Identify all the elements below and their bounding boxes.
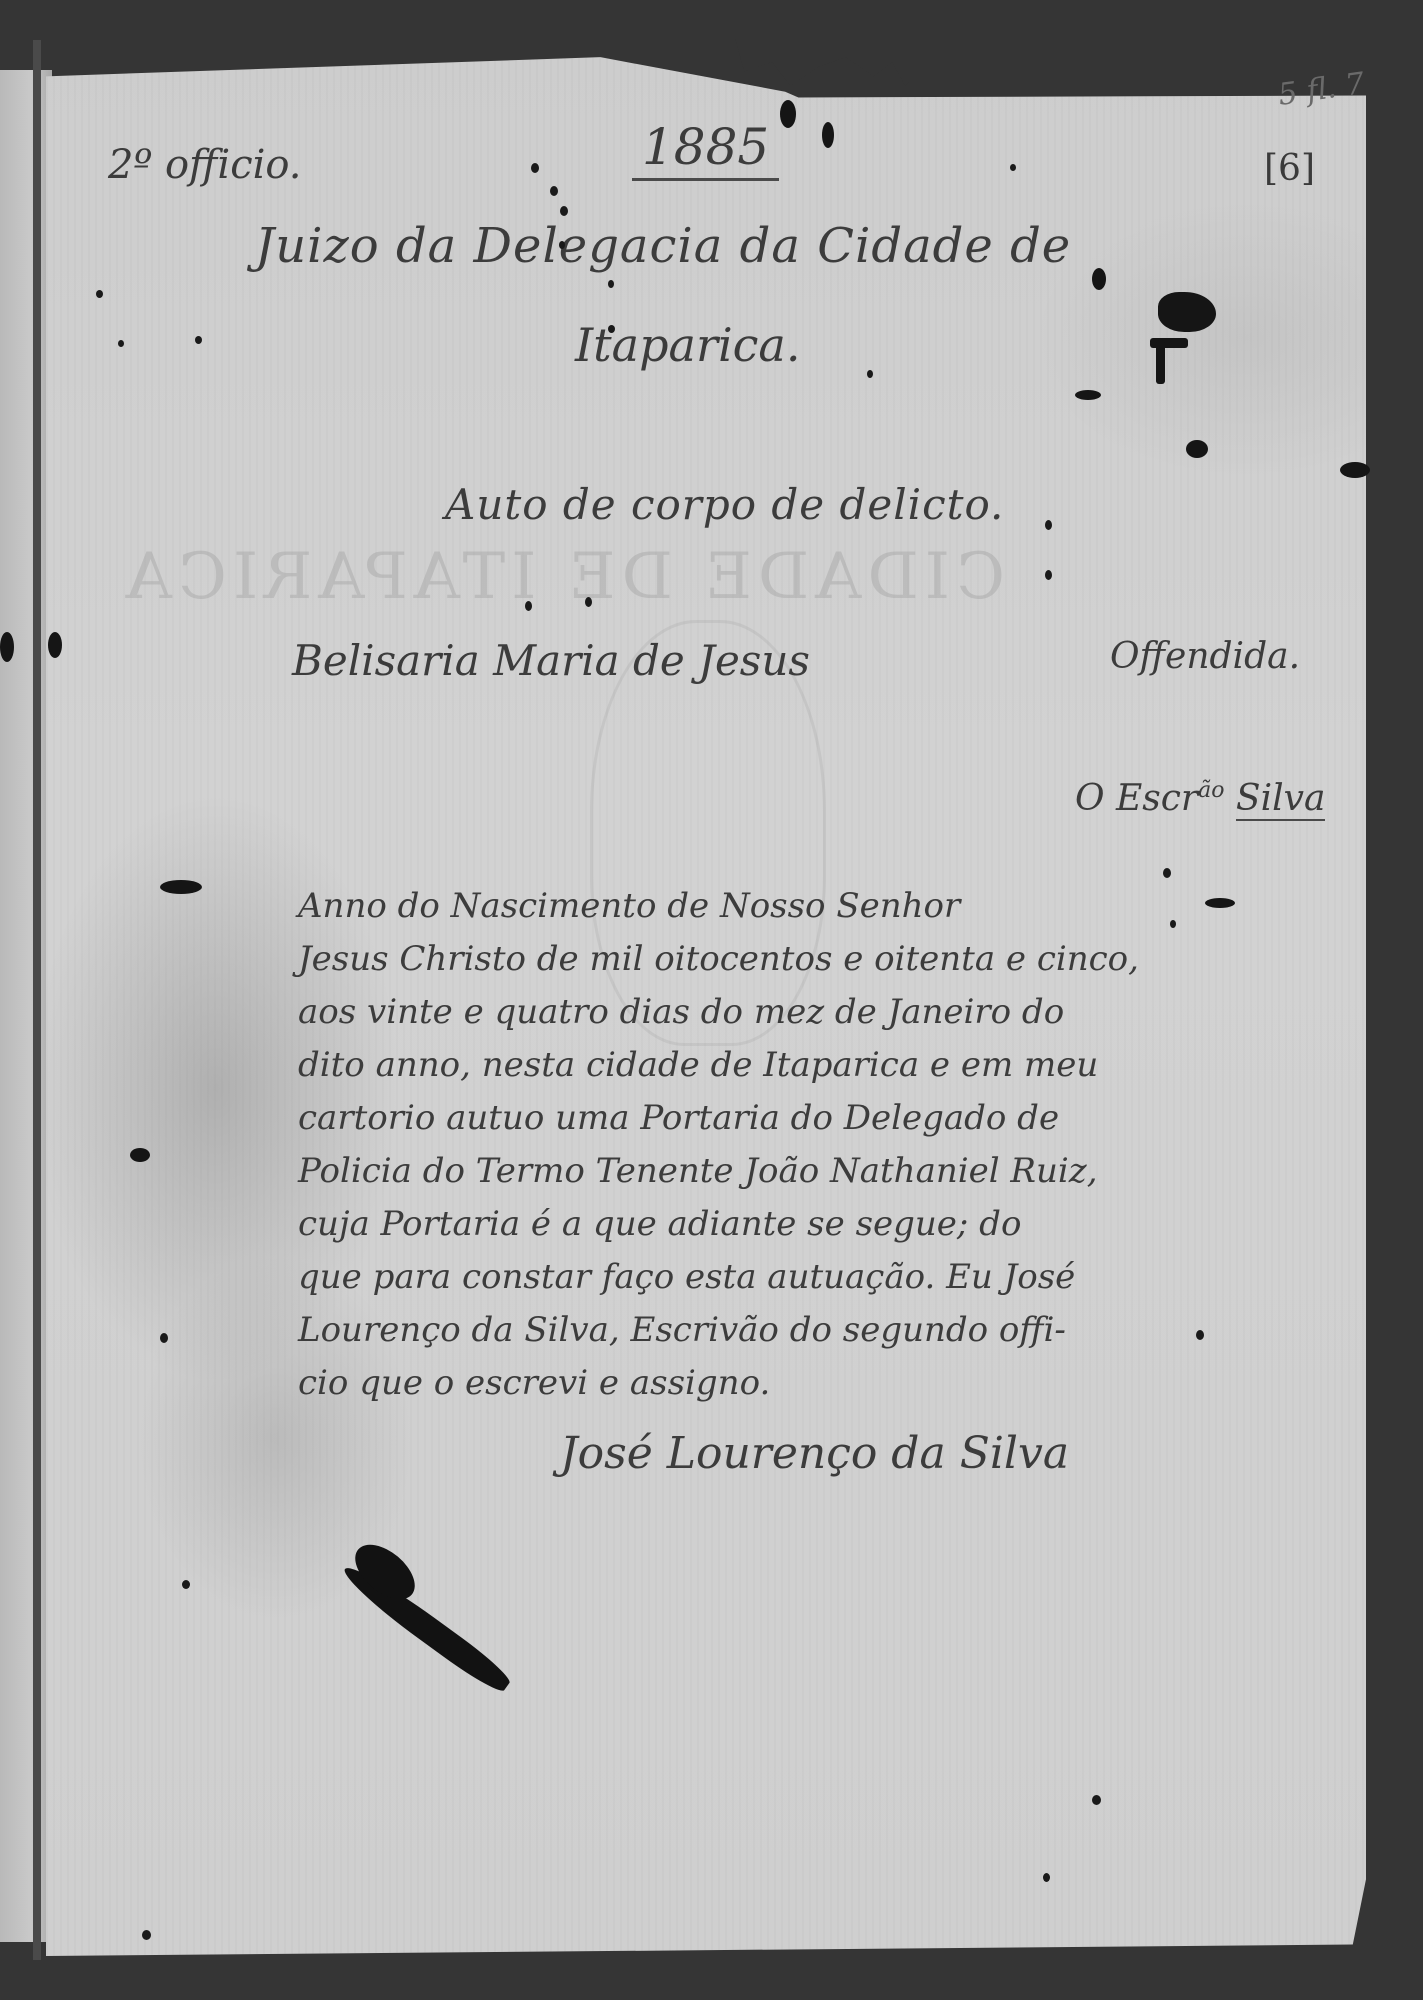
ink-dot: [1045, 520, 1052, 530]
binding-gutter: [33, 40, 41, 1960]
ink-dot: [585, 597, 592, 607]
ink-blot: [1156, 340, 1165, 384]
ink-dot: [1163, 868, 1171, 878]
ink-blot: [780, 100, 796, 128]
body-line: Lourenço da Silva, Escrivão do segundo o…: [298, 1304, 1178, 1357]
ink-dot: [195, 336, 202, 344]
ink-blot: [0, 632, 14, 662]
ink-dot: [1170, 920, 1176, 928]
ink-blot: [1340, 462, 1370, 478]
ink-blot: [822, 122, 834, 148]
previous-page-edge: [0, 70, 52, 1942]
ink-dot: [560, 206, 568, 216]
body-line: Anno do Nascimento de Nosso Senhor: [298, 880, 1178, 933]
ink-dot: [608, 325, 615, 333]
ink-dot: [160, 1333, 168, 1343]
clerk-name: Silva: [1236, 778, 1326, 821]
document-year: 1885: [632, 118, 779, 181]
ink-blot: [1205, 898, 1235, 908]
ink-dot: [867, 370, 873, 378]
body-paragraph: Anno do Nascimento de Nosso Senhor Jesus…: [298, 880, 1178, 1410]
page-number: [6]: [1264, 148, 1315, 189]
ink-blot: [1186, 440, 1208, 458]
body-line: cartorio autuo uma Portaria do Delegado …: [298, 1092, 1178, 1145]
ink-blot: [1092, 268, 1106, 290]
ink-blot: [1158, 292, 1216, 332]
ink-blot: [1075, 390, 1101, 400]
ink-blot: [160, 880, 202, 894]
ink-dot: [550, 186, 558, 196]
body-line: cuja Portaria é a que adiante se segue; …: [298, 1198, 1178, 1251]
party-name: Belisaria Maria de Jesus: [292, 636, 810, 685]
body-line: Policia do Termo Tenente João Nathaniel …: [298, 1145, 1178, 1198]
ink-dot: [96, 290, 103, 298]
ink-dot: [1010, 164, 1016, 171]
body-line: Jesus Christo de mil oitocentos e oitent…: [298, 933, 1178, 986]
ink-dot: [118, 340, 124, 347]
watermark-bleedthrough: CIDADE DE ITAPARICA: [225, 540, 1005, 620]
party-role: Offendida.: [1110, 636, 1300, 677]
ink-dot: [608, 280, 614, 288]
body-line: dito anno, nesta cidade de Itaparica e e…: [298, 1039, 1178, 1092]
ink-dot: [1092, 1795, 1101, 1805]
ink-dot: [182, 1580, 190, 1589]
ink-dot: [559, 241, 565, 249]
court-heading: Juizo da Delegacia da Cidade de: [255, 218, 1071, 274]
clerk-note: O Escrão Silva: [1075, 778, 1325, 819]
clerk-superscript: ão: [1198, 778, 1224, 803]
ink-dot: [531, 163, 539, 173]
ink-dot: [1043, 1873, 1050, 1882]
clerk-signature: José Lourenço da Silva: [560, 1428, 1069, 1479]
body-line: que para constar faço esta autuação. Eu …: [298, 1251, 1178, 1304]
ink-dot: [142, 1930, 151, 1940]
clerk-prefix: O Escr: [1075, 778, 1198, 819]
ink-blot: [48, 632, 62, 658]
ink-dot: [525, 601, 532, 611]
ink-dot: [1045, 570, 1052, 580]
office-label: 2º officio.: [108, 142, 301, 188]
body-line: cio que o escrevi e assigno.: [298, 1357, 1178, 1410]
document-title: Auto de corpo de delicto.: [445, 480, 1004, 529]
ink-dot: [1196, 1330, 1204, 1340]
ink-blot: [130, 1148, 150, 1162]
body-line: aos vinte e quatro dias do mez de Janeir…: [298, 986, 1178, 1039]
